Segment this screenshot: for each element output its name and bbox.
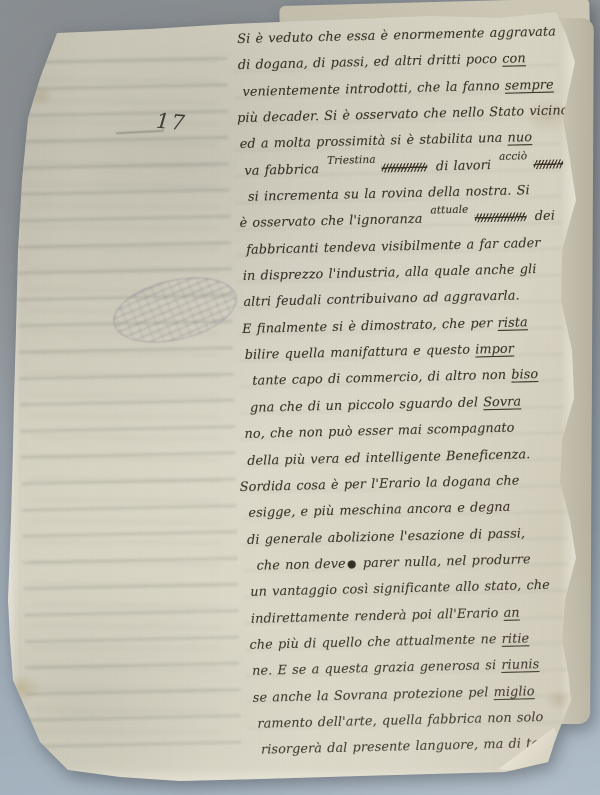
handwritten-text: sempre <box>505 77 554 93</box>
ink-blot <box>348 560 356 568</box>
handwritten-text: Si è veduto che essa è enormemente aggra… <box>237 24 556 47</box>
handwritten-text: di lavori <box>431 158 497 175</box>
handwritten-text: ed a molta prossimità si è stabilita una <box>240 131 508 152</box>
ink-bleedthrough-left <box>12 34 241 764</box>
handwritten-text: biso <box>511 367 538 383</box>
handwritten-text: più decader. Si è osservato che nello St… <box>237 103 569 126</box>
handwritten-text: di generale abolizione l'esazione di pas… <box>247 526 525 548</box>
handwritten-text: che più di quello che attualmente ne <box>249 632 502 653</box>
handwritten-text: dei <box>529 209 555 225</box>
handwritten-text: Sovra <box>483 394 521 410</box>
handwritten-text: miglio <box>493 684 534 700</box>
handwritten-text: venientemente introdotti, che la fanno <box>242 78 505 99</box>
handwritten-text: che non deve <box>257 556 346 573</box>
interlinear-insertion: attuale <box>430 204 468 217</box>
handwritten-text: riunis <box>501 657 539 673</box>
torn-bottom-edge <box>60 767 540 787</box>
left-edge-highlight <box>6 30 23 762</box>
handwritten-text: parer nulla, nel produrre <box>358 552 531 571</box>
handwritten-text: impor <box>475 342 514 358</box>
handwritten-text: tante capo di commercio, di altro non <box>252 368 511 389</box>
handwritten-text: ritie <box>502 631 530 647</box>
interlinear-insertion: acciò <box>499 150 527 163</box>
handwritten-text: se anche la Sovrana protezione pel <box>253 685 494 706</box>
handwritten-text: Sordida cosa è per l'Erario la dogana ch… <box>240 473 520 495</box>
archive-stamp <box>107 267 243 354</box>
handwritten-text: di dogana, di passi, ed altri dritti poc… <box>238 52 503 73</box>
handwritten-text: nuo <box>507 130 532 146</box>
manuscript-page: 17 Si è veduto che essa è enormemente ag… <box>0 0 600 795</box>
manuscript-text: Si è veduto che essa è enormemente aggra… <box>237 19 589 764</box>
handwritten-text: ne. E se a questa grazia generosa si <box>252 658 502 679</box>
handwritten-text: esigge, e più meschina ancora e degna <box>248 500 510 521</box>
handwritten-text: ramento dell'arte, quella fabbrica non s… <box>257 710 543 732</box>
paper-stack: 17 Si è veduto che essa è enormemente ag… <box>0 0 600 795</box>
handwritten-text: an <box>503 605 519 620</box>
handwritten-text: della più vera ed intelligente Beneficen… <box>247 447 530 469</box>
handwritten-text: in disprezzo l'industria, alla quale anc… <box>243 262 537 284</box>
struck-out-word <box>382 162 428 172</box>
handwritten-text: E finalmente si è dimostrato, che per <box>242 316 498 337</box>
handwritten-text: bilire quella manifattura e questo <box>245 343 476 363</box>
handwritten-text: indirettamente renderà poi all'Erario <box>251 605 504 626</box>
page-number: 17 <box>155 109 188 136</box>
handwritten-text: rista <box>498 315 528 331</box>
handwritten-text: un vantaggio così significante allo stat… <box>250 578 550 600</box>
handwritten-text: è osservato che l'ignoranza <box>239 212 427 231</box>
ink-bleedthrough-left-2 <box>28 59 223 740</box>
handwritten-text: altri feudali contribuivano ad aggravarl… <box>243 289 520 311</box>
struck-out-word <box>475 213 527 223</box>
interlinear-insertion: Triestina <box>327 153 376 166</box>
struck-out-word <box>533 159 563 169</box>
handwritten-text: gna che di un piccolo sguardo del <box>250 395 484 415</box>
handwritten-text: si incrementa su la rovina della nostra.… <box>248 183 530 205</box>
handwritten-text: risorgerà dal presente languore, ma di t… <box>261 736 561 758</box>
handwritten-text: con <box>502 52 526 68</box>
handwritten-text: va fabbrica <box>244 162 324 179</box>
handwritten-text: no, che non può esser mai scompagnato <box>244 421 514 442</box>
photo-background: 17 Si è veduto che essa è enormemente ag… <box>0 0 600 795</box>
handwritten-text: fabbricanti tendeva visibilmente a far c… <box>246 236 541 258</box>
